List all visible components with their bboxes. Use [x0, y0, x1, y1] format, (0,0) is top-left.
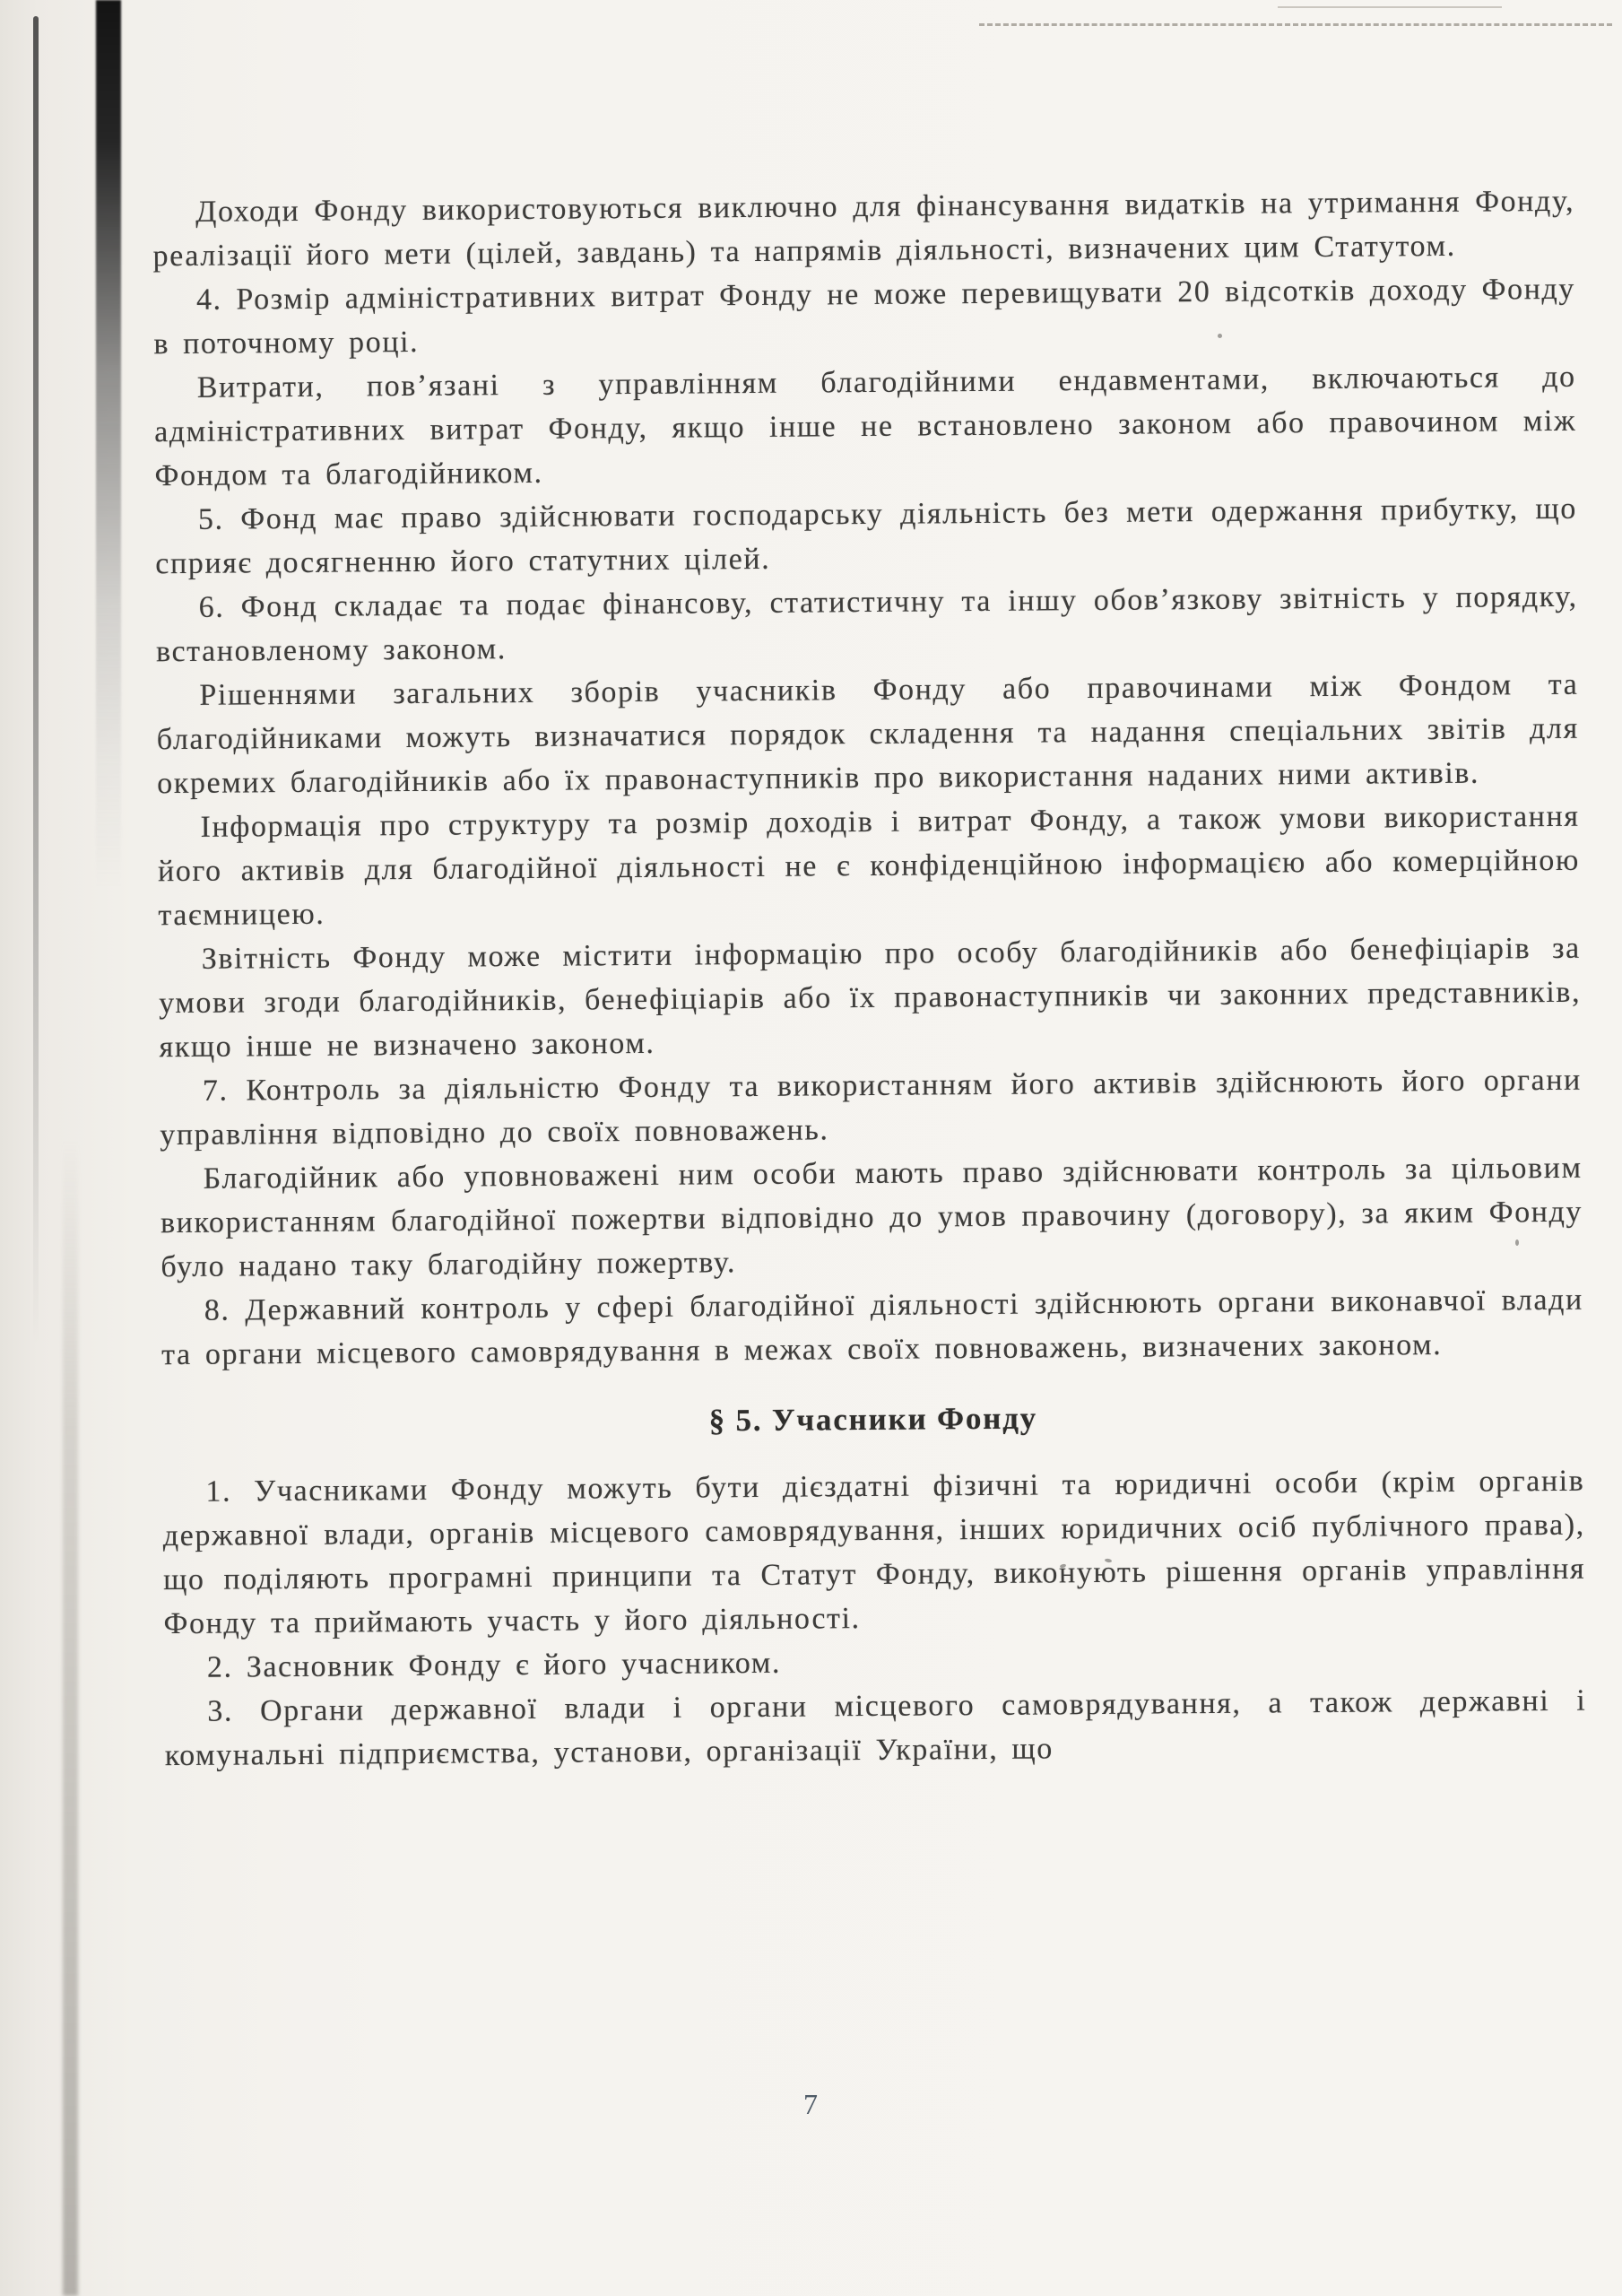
page-number: 7: [0, 2088, 1622, 2121]
body-paragraph: Інформація про структуру та розмір доход…: [157, 795, 1580, 937]
body-paragraph: 8. Державний контроль у сфері благодійно…: [161, 1278, 1584, 1377]
document-body: Доходи Фонду використовуються виключно д…: [152, 179, 1587, 1778]
scan-dashed-artifact: [979, 23, 1612, 26]
body-paragraph: 3. Органи державної влади і органи місце…: [164, 1679, 1587, 1778]
body-paragraph: Благодійник або уповноважені ним особи м…: [160, 1146, 1583, 1289]
body-paragraph: Звітність Фонду може містити інформацію …: [159, 926, 1582, 1069]
section-heading: § 5. Учасники Фонду: [162, 1396, 1584, 1443]
scan-dashed-artifact-2: [1278, 6, 1502, 8]
document-page: Доходи Фонду використовуються виключно д…: [0, 0, 1622, 2296]
body-paragraph: Доходи Фонду використовуються виключно д…: [152, 179, 1575, 278]
body-paragraph: 4. Розмір адміністративних витрат Фонду …: [153, 267, 1576, 366]
scan-smudge: [63, 1139, 78, 2296]
body-paragraph: 5. Фонд має право здійснювати господарсь…: [155, 487, 1578, 586]
scan-binding-line: [33, 16, 39, 1344]
body-paragraph: 1. Учасниками Фонду можуть бути дієздатн…: [162, 1459, 1585, 1646]
body-paragraph: Витрати, пов’язані з управлінням благоді…: [154, 355, 1577, 498]
body-paragraph: Рішеннями загальних зборів учасників Фон…: [156, 663, 1579, 805]
body-paragraph: 6. Фонд складає та подає фінансову, стат…: [155, 575, 1578, 674]
body-paragraph: 7. Контроль за діяльністю Фонду та викор…: [160, 1058, 1583, 1157]
scan-edge-shadow: [96, 0, 121, 888]
